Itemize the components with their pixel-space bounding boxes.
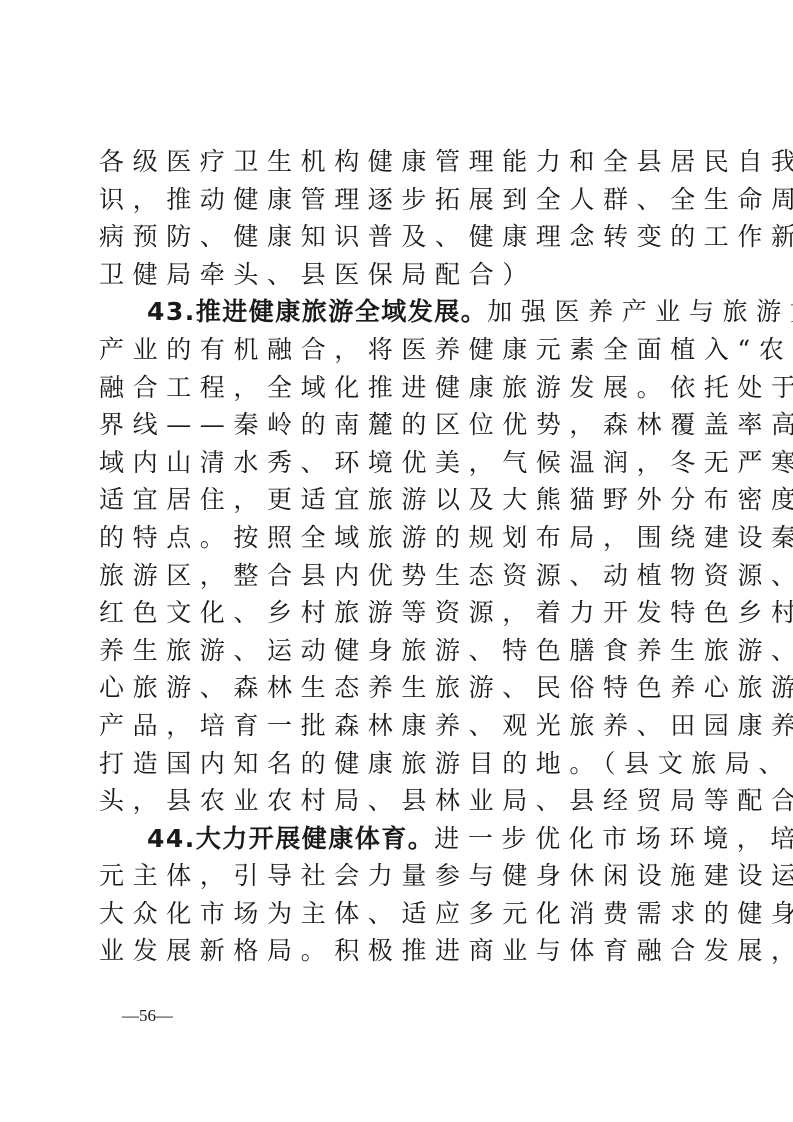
text-line: 业发展新格局。积极推进商业与体育融合发展，鼓励建设多 <box>99 932 675 970</box>
text-line: 适宜居住，更适宜旅游以及大熊猫野外分布密度居全国之首 <box>99 481 675 519</box>
text-line: 红色文化、乡村旅游等资源，着力开发特色乡村旅游，医疗 <box>99 594 675 632</box>
text-line: 各级医疗卫生机构健康管理能力和全县居民自我健康管理意 <box>99 143 675 181</box>
text-line: 域内山清水秀、环境优美，气候温润，冬无严寒，夏无酷暑， <box>99 444 675 482</box>
section-43-first-line: 43.推进健康旅游全域发展。加强医养产业与旅游文化 <box>99 293 675 331</box>
text-line: 的特点。按照全域旅游的规划布局，围绕建设秦岭四宝主题 <box>99 519 675 557</box>
section-43-first-line-text: 加强医养产业与旅游文化 <box>487 297 793 326</box>
section-44-first-line: 44.大力开展健康体育。进一步优化市场环境，培育多 <box>99 820 675 858</box>
text-line: 养生旅游、运动健身旅游、特色膳食养生旅游、福寿文化养 <box>99 632 675 670</box>
text-line: 头，县农业农村局、县林业局、县经贸局等配合） <box>99 782 675 820</box>
text-line: 卫健局牵头、县医保局配合） <box>99 256 675 294</box>
page-number: —56— <box>122 1006 173 1026</box>
document-body: 各级医疗卫生机构健康管理能力和全县居民自我健康管理意 识，推动健康管理逐步拓展到… <box>99 143 679 970</box>
text-line: 打造国内知名的健康旅游目的地。（县文旅局、县卫健局牵 <box>99 745 675 783</box>
section-44-first-line-text: 进一步优化市场环境，培育多 <box>434 824 793 853</box>
text-line: 融合工程，全域化推进健康旅游发展。依托处于中国气候分 <box>99 369 675 407</box>
text-line: 产业的有机融合，将医养健康元素全面植入“农旅、文旅” <box>99 331 675 369</box>
text-line: 大众化市场为主体、适应多元化消费需求的健身休闲运动产 <box>99 895 675 933</box>
text-line: 产品，培育一批森林康养、观光旅养、田园康养等特色品牌， <box>99 707 675 745</box>
section-44-heading: 44.大力开展健康体育。 <box>147 824 434 853</box>
text-line: 病预防、健康知识普及、健康理念转变的工作新格局。（县 <box>99 218 675 256</box>
section-43-heading: 43.推进健康旅游全域发展。 <box>147 297 487 326</box>
text-line: 心旅游、森林生态养生旅游、民俗特色养心旅游等健康旅游 <box>99 669 675 707</box>
text-line: 旅游区，整合县内优势生态资源、动植物资源、民俗文化、 <box>99 557 675 595</box>
text-line: 界线——秦岭的南麓的区位优势，森林覆盖率高达 90.3%， <box>99 406 675 444</box>
text-line: 识，推动健康管理逐步拓展到全人群、全生命周期，形成疾 <box>99 181 675 219</box>
text-line: 元主体，引导社会力量参与健身休闲设施建设运营，构建以 <box>99 857 675 895</box>
